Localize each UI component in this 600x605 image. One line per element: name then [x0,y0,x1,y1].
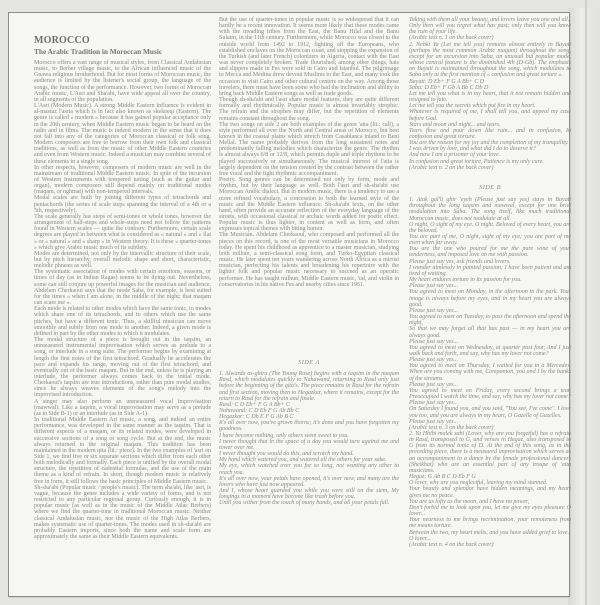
paragraph: Each mode is related to other modes whic… [34,306,211,337]
paragraph: The modal structure of a piece is brough… [34,337,211,399]
paragraph: In other respects, however, composers of… [34,165,211,196]
lyric-line: Don't forbid me to look upon you, let me… [409,505,571,517]
column-right: Taking with them all your beauty, and lo… [409,17,571,548]
lyric-line: Only then will you regret what has past;… [409,23,571,35]
paragraph: Modal scales are built by joining differ… [34,195,211,213]
song-b1-intro: 1. Atak gal'li ghir 'eyeh (Please just s… [409,197,571,222]
document-title: MOROCCO [34,35,211,46]
lyric-line: You agreed to meet on Monday, in the aft… [409,289,571,307]
song-a2-intro: 2. Nebki Ya (Let me tell you) remains al… [409,42,571,79]
lyric-line: You are the one who poured for me the pu… [409,246,571,258]
page-edge-line [585,0,587,605]
lyric-line: Let me tell you what is in my heart, tha… [409,91,571,103]
lyric-line: I wander aimlessly in painted passion; I… [409,265,571,277]
column-middle: But the use of quarter-tones in popular … [219,17,399,506]
side-a-intro: 1. Alwarda as-ghira (The Young Rose) beg… [219,371,399,402]
song-b2-lyrics: O lover, why are you neglectful, leaving… [409,480,571,542]
side-a-heading: SIDE A [219,360,399,366]
paragraph: Poetry. Song genres can be determined no… [219,177,399,232]
lyric-line: Your beauty and splendor have hidden mea… [409,486,571,498]
paragraph: Though sh-sha'abi and l'asri share modal… [219,97,399,122]
paragraph: Morocco offers a vast range of musical s… [34,60,211,103]
column-middle-body: But the use of quarter-tones in popular … [219,17,399,288]
arabic-text-citation-4: (Arabic text n. 4 on the back cover) [409,542,571,548]
lyric-line: Your nearness to me brings recrimination… [409,517,571,529]
lyric-line: Between the two, my heart melts, and you… [409,530,571,536]
lyric-line: I never thought that in the space of a d… [219,439,399,451]
paragraph: The two songs on side 2 are both example… [219,122,399,177]
lyric-line: Whatever is required of me, I shall tell… [409,109,571,121]
lyric-line: O night, O sight of my eye. O night. Bel… [409,222,571,234]
song-b2-intro: 2. Ya Hbibi malek sahi (Lover, why are y… [409,431,571,474]
paragraph: L'Asri (Modern Music). A strong Middle E… [34,103,211,165]
top-lyrics: Taking with them all your beauty, and lo… [409,17,571,35]
lyric-line: So that we may forget all that has past … [409,326,571,338]
lyric-line: On Saturday I found you, and you said, "… [409,406,571,418]
column-left-body: Morocco offers a vast range of musical s… [34,60,211,540]
paragraph: Sh-sha'abi (Popular music / people's mus… [34,485,211,540]
page-edge [568,8,600,605]
lyric-line: It's all over now, you've grown thorns; … [219,420,399,432]
song-b1-lyrics: O night, O sight of my eye. O night. Bel… [409,222,571,425]
column-left: MOROCCO The Arabic Tradition in Moroccan… [34,35,211,540]
paragraph: A singer may also perform an unmeasured … [34,399,211,417]
lyric-line: You agreed to meet on Wednesday, at quar… [409,345,571,357]
spacer [219,288,399,346]
lyric-line: My eye, which watched over you for so lo… [219,463,399,475]
song-a2-lyrics: Let me tell you what is in my heart, tha… [409,91,571,165]
lyric-line: And I, whose heart guarded you while you… [219,488,399,500]
lyric-line: Tears flow and pour down like rain... an… [409,128,571,140]
lyric-line: Until you wither from the touch of many … [219,500,399,506]
side-a-scales: Rasd: C D Eb+ F G A Bb+ CNahawand: C D E… [219,402,399,420]
liner-notes-page: MOROCCO The Arabic Tradition in Moroccan… [8,12,570,597]
paragraph: The scale generally has steps of semi-to… [34,214,211,251]
paragraph: In traditional Middle Eastern Art music,… [34,417,211,485]
document-subtitle: The Arabic Tradition in Moroccan Music [34,47,211,56]
paragraph: But the use of quarter-tones in popular … [219,17,399,97]
lyric-line: You are part of me, O night, sight of my… [409,234,571,246]
paragraph: The systematic association of modes with… [34,269,211,306]
paragraph: The Musician. Abdelam Cherkaoui, who com… [219,232,399,287]
lyric-line: You agreed to meet on Thursday, I waited… [409,363,571,381]
song-a2-scales: Bayati: D Eb+ F G A Bb+ C DSaba: D Eb+ F… [409,79,571,91]
arabic-text-citation-2: (Arabic text n. 2 on the back cover) [409,165,571,171]
side-a-lyrics: It's all over now, you've grown thorns; … [219,420,399,506]
side-b-heading: SIDE B [409,185,571,191]
lyric-line: You agreed to meet on Friday, every seco… [409,388,571,400]
lyric-line: You agreed to meet on Tuesday, to pass t… [409,314,571,326]
paragraph: Modes are determined, not only by the in… [34,251,211,269]
lyric-line: It's all over now, your petals have open… [219,476,399,488]
